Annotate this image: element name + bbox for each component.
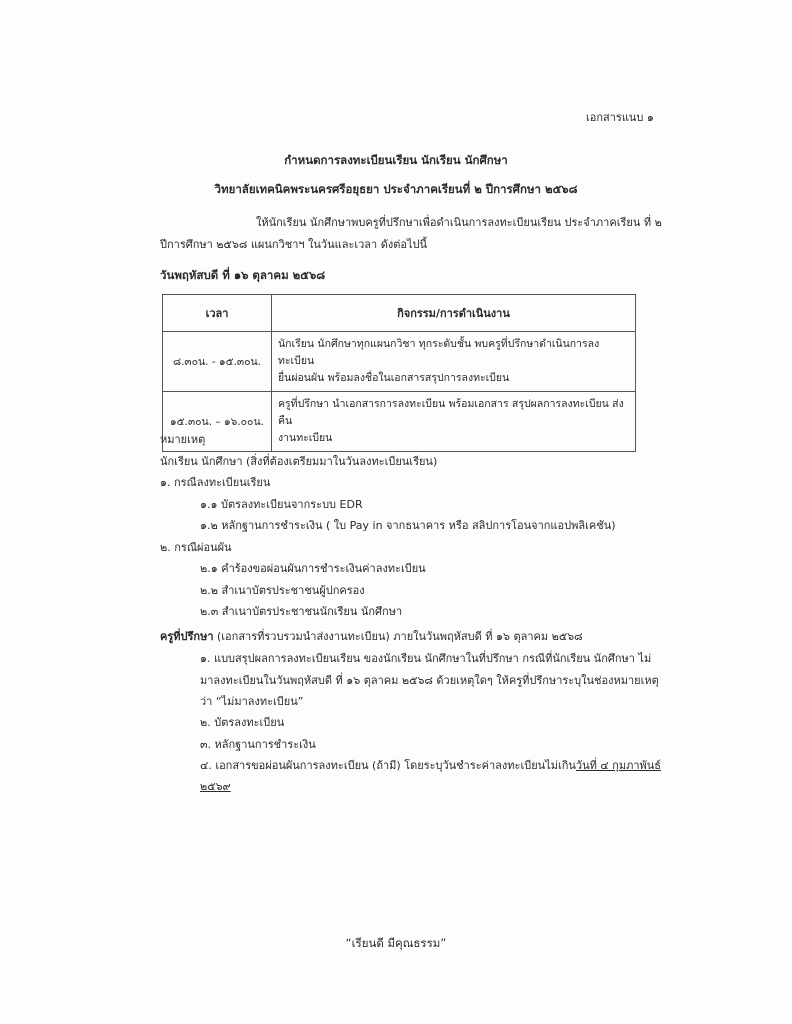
students-heading: นักเรียน นักศึกษา (สิ่งที่ต้องเตรียมมาใน… <box>160 455 437 469</box>
advisor-item-cont: ว่า “ไม่มาลงทะเบียน” <box>200 695 303 709</box>
case1-item: ๑.๑ บัตรลงทะเบียนจากระบบ EDR <box>200 498 363 512</box>
deadline-year: ๒๕๖๙ <box>200 780 231 794</box>
document-title: กำหนดการลงทะเบียนเรียน นักเรียน นักศึกษา <box>0 153 792 167</box>
notes-heading: หมายเหตุ <box>160 433 205 447</box>
advisor-heading-bold: ครูที่ปรึกษา <box>160 630 214 643</box>
case1-heading: ๑. กรณีลงทะเบียนเรียน <box>160 476 270 490</box>
advisor-heading-rest: (เอกสารที่รวบรวมนำส่งงานทะเบียน) ภายในวั… <box>214 630 583 643</box>
column-header-activity: กิจกรรม/การดำเนินงาน <box>272 295 636 332</box>
attachment-label: เอกสารแนบ ๑ <box>586 111 654 125</box>
column-header-time: เวลา <box>163 295 272 332</box>
footer-motto: “เรียนดี มีคุณธรรม” <box>0 936 792 950</box>
activity-line: ยื่นผ่อนผัน พร้อมลงชื่อในเอกสารสรุปการลง… <box>278 370 629 387</box>
advisor-item: ๔. เอกสารขอผ่อนผันการลงทะเบียน (ถ้ามี) โ… <box>200 759 661 773</box>
document-page: เอกสารแนบ ๑ กำหนดการลงทะเบียนเรียน นักเร… <box>0 0 792 1024</box>
table-row: ๘.๓๐น. - ๑๕.๓๐น. นักเรียน นักศึกษาทุกแผน… <box>163 332 636 392</box>
date-heading: วันพฤหัสบดี ที่ ๑๖ ตุลาคม ๒๕๖๘ <box>160 268 325 282</box>
deadline-date: วันที่ ๔ กุมภาพันธ์ <box>576 759 661 772</box>
case2-item: ๒.๑ คำร้องขอผ่อนผันการชำระเงินค่าลงทะเบี… <box>200 562 426 576</box>
activity-line: ครูที่ปรึกษา นำเอกสารการลงทะเบียน พร้อมเ… <box>278 396 629 430</box>
advisor-item: ๓. หลักฐานการชำระเงิน <box>200 738 316 752</box>
activity-cell: ครูที่ปรึกษา นำเอกสารการลงทะเบียน พร้อมเ… <box>272 392 636 452</box>
case2-item: ๒.๓ สำเนาบัตรประชาชนนักเรียน นักศึกษา <box>200 605 402 619</box>
case1-item: ๑.๒ หลักฐานการชำระเงิน ( ใบ Pay in จากธน… <box>200 519 616 533</box>
activity-line: งานทะเบียน <box>278 430 629 447</box>
table-header-row: เวลา กิจกรรม/การดำเนินงาน <box>163 295 636 332</box>
intro-paragraph-line1: ให้นักเรียน นักศึกษาพบครูที่ปรึกษาเพื่อด… <box>256 216 662 230</box>
activity-line: นักเรียน นักศึกษาทุกแผนกวิชา ทุกระดับชั้… <box>278 336 629 370</box>
case2-heading: ๒. กรณีผ่อนผัน <box>160 541 232 555</box>
advisor-item4-text: ๔. เอกสารขอผ่อนผันการลงทะเบียน (ถ้ามี) โ… <box>200 759 576 772</box>
time-cell: ๘.๓๐น. - ๑๕.๓๐น. <box>163 332 272 392</box>
activity-cell: นักเรียน นักศึกษาทุกแผนกวิชา ทุกระดับชั้… <box>272 332 636 392</box>
advisor-item: ๒. บัตรลงทะเบียน <box>200 716 284 730</box>
advisor-item-cont: มาลงทะเบียนในวันพฤหัสบดี ที่ ๑๖ ตุลาคม ๒… <box>200 674 659 688</box>
table-row: ๑๕.๓๐น. – ๑๖.๐๐น. ครูที่ปรึกษา นำเอกสารก… <box>163 392 636 452</box>
advisor-heading: ครูที่ปรึกษา (เอกสารที่รวบรวมนำส่งงานทะเ… <box>160 630 583 644</box>
schedule-table: เวลา กิจกรรม/การดำเนินงาน ๘.๓๐น. - ๑๕.๓๐… <box>162 294 636 452</box>
document-subtitle: วิทยาลัยเทคนิคพระนครศรีอยุธยา ประจำภาคเร… <box>0 182 792 196</box>
case2-item: ๒.๒ สำเนาบัตรประชาชนผู้ปกครอง <box>200 584 365 598</box>
advisor-item: ๑. แบบสรุปผลการลงทะเบียนเรียน ของนักเรีย… <box>200 652 651 666</box>
intro-paragraph-line2: ปีการศึกษา ๒๕๖๘ แผนกวิชาฯ ในวันและเวลา ด… <box>160 238 427 252</box>
